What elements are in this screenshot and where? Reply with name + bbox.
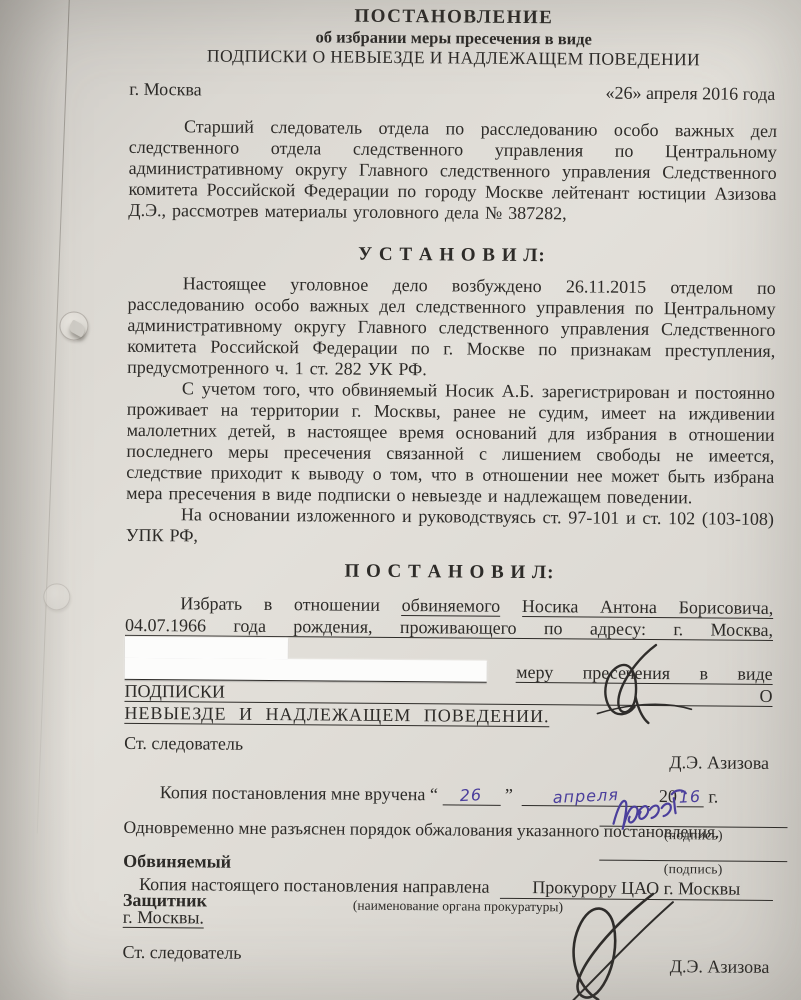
hole-punch <box>43 583 70 610</box>
redaction-box <box>125 658 487 683</box>
doc-date: «26» апреля 2016 года <box>605 83 777 105</box>
place-date-row: г. Москва «26» апреля 2016 года <box>129 79 777 105</box>
paragraph-grounds: С учетом того, что обвиняемый Носик А.Б.… <box>126 378 775 509</box>
year-suffix: г. <box>708 786 718 806</box>
signature-caption: (подпись) <box>599 827 787 844</box>
resolution-paragraph: Избрать в отношении обвиняемого Носика А… <box>124 592 773 729</box>
investigator-signature-row: Ст. следователь Д.Э. Азизова <box>124 733 772 774</box>
copy-sent-continuation-text: г. Москвы. <box>123 907 204 929</box>
resolution-lead: Избрать в отношении <box>180 593 380 615</box>
handwritten-year: 16 <box>679 788 702 807</box>
quote-open: “ <box>430 784 438 804</box>
prosecutor-office-value: Прокурору ЦАО г. Москвы <box>499 877 773 901</box>
investigator-role: Ст. следователь <box>124 733 243 770</box>
copy-sent-block: Копия настоящего постановления направлен… <box>122 874 773 978</box>
resolution-underlined-measure-2: НЕВЫЕЗДЕ И НАДЛЕЖАЩЕМ ПОВЕДЕНИИ. <box>124 703 549 727</box>
resolution-line-2: 04.07.1966 года рождения, проживающего п… <box>125 614 773 663</box>
heading-postanovil: П О С Т А Н О В И Л: <box>125 559 773 586</box>
torn-flap <box>68 319 88 337</box>
investigator-name-2: Д.Э. Азизова <box>670 956 773 978</box>
signature-caption: (подпись) <box>599 861 787 878</box>
heading-ustanovil: У С Т А Н О В И Л: <box>128 242 776 269</box>
accused-signature-line: (подпись) <box>599 826 787 844</box>
final-signature-row: Ст. следователь Д.Э. Азизова <box>122 942 772 978</box>
doc-subtitle-measure: ПОДПИСКИ О НЕВЫЕЗДЕ И НАДЛЕЖАЩЕМ ПОВЕДЕН… <box>129 45 777 71</box>
year-prefix: 20 <box>659 786 677 806</box>
doc-city: г. Москва <box>129 79 202 101</box>
paragraph-intro: Старший следователь отдела по расследова… <box>128 116 777 226</box>
handwritten-month: апреля <box>552 786 619 807</box>
defender-signature-line: (подпись) <box>599 860 787 878</box>
redaction-box <box>125 637 288 659</box>
prosecutor-office-caption: (наименование органа прокуратуры) <box>353 898 563 916</box>
investigator-role-2: Ст. следователь <box>122 942 241 974</box>
handwritten-year-slot: 16 <box>677 787 704 807</box>
investigator-name: Д.Э. Азизова <box>669 752 772 774</box>
quote-close: ” <box>505 785 513 805</box>
document-photo: ПОСТАНОВЛЕНИЕ об избрании меры пресечени… <box>0 0 801 1000</box>
resolution-line-3: меру пресечения в виде ПОДПИСКИ О <box>124 658 772 707</box>
paragraph-basis: На основании изложенного и руководствуяс… <box>126 504 774 551</box>
document-sheet: ПОСТАНОВЛЕНИЕ об избрании меры пресечени… <box>0 0 801 1000</box>
paragraph-case: Настоящее уголовное дело возбуждено 26.1… <box>127 273 776 383</box>
handwritten-day-slot: 26 <box>442 785 500 805</box>
copy-sent-label: Копия настоящего постановления направлен… <box>123 874 490 899</box>
copy-sent-row: Копия настоящего постановления направлен… <box>123 874 773 901</box>
hole-punch <box>59 311 88 340</box>
receipt-line: Копия постановления мне вручена “ 26 ” а… <box>124 782 772 808</box>
handwritten-day: 26 <box>460 786 483 805</box>
resolution-underlined-status: обвиняемого <box>402 595 501 617</box>
handwritten-month-slot: апреля <box>522 786 650 807</box>
receipt-label: Копия постановления мне вручена <box>124 782 426 805</box>
resolution-underlined-name: Носика Антона Борисовича, <box>522 596 774 619</box>
